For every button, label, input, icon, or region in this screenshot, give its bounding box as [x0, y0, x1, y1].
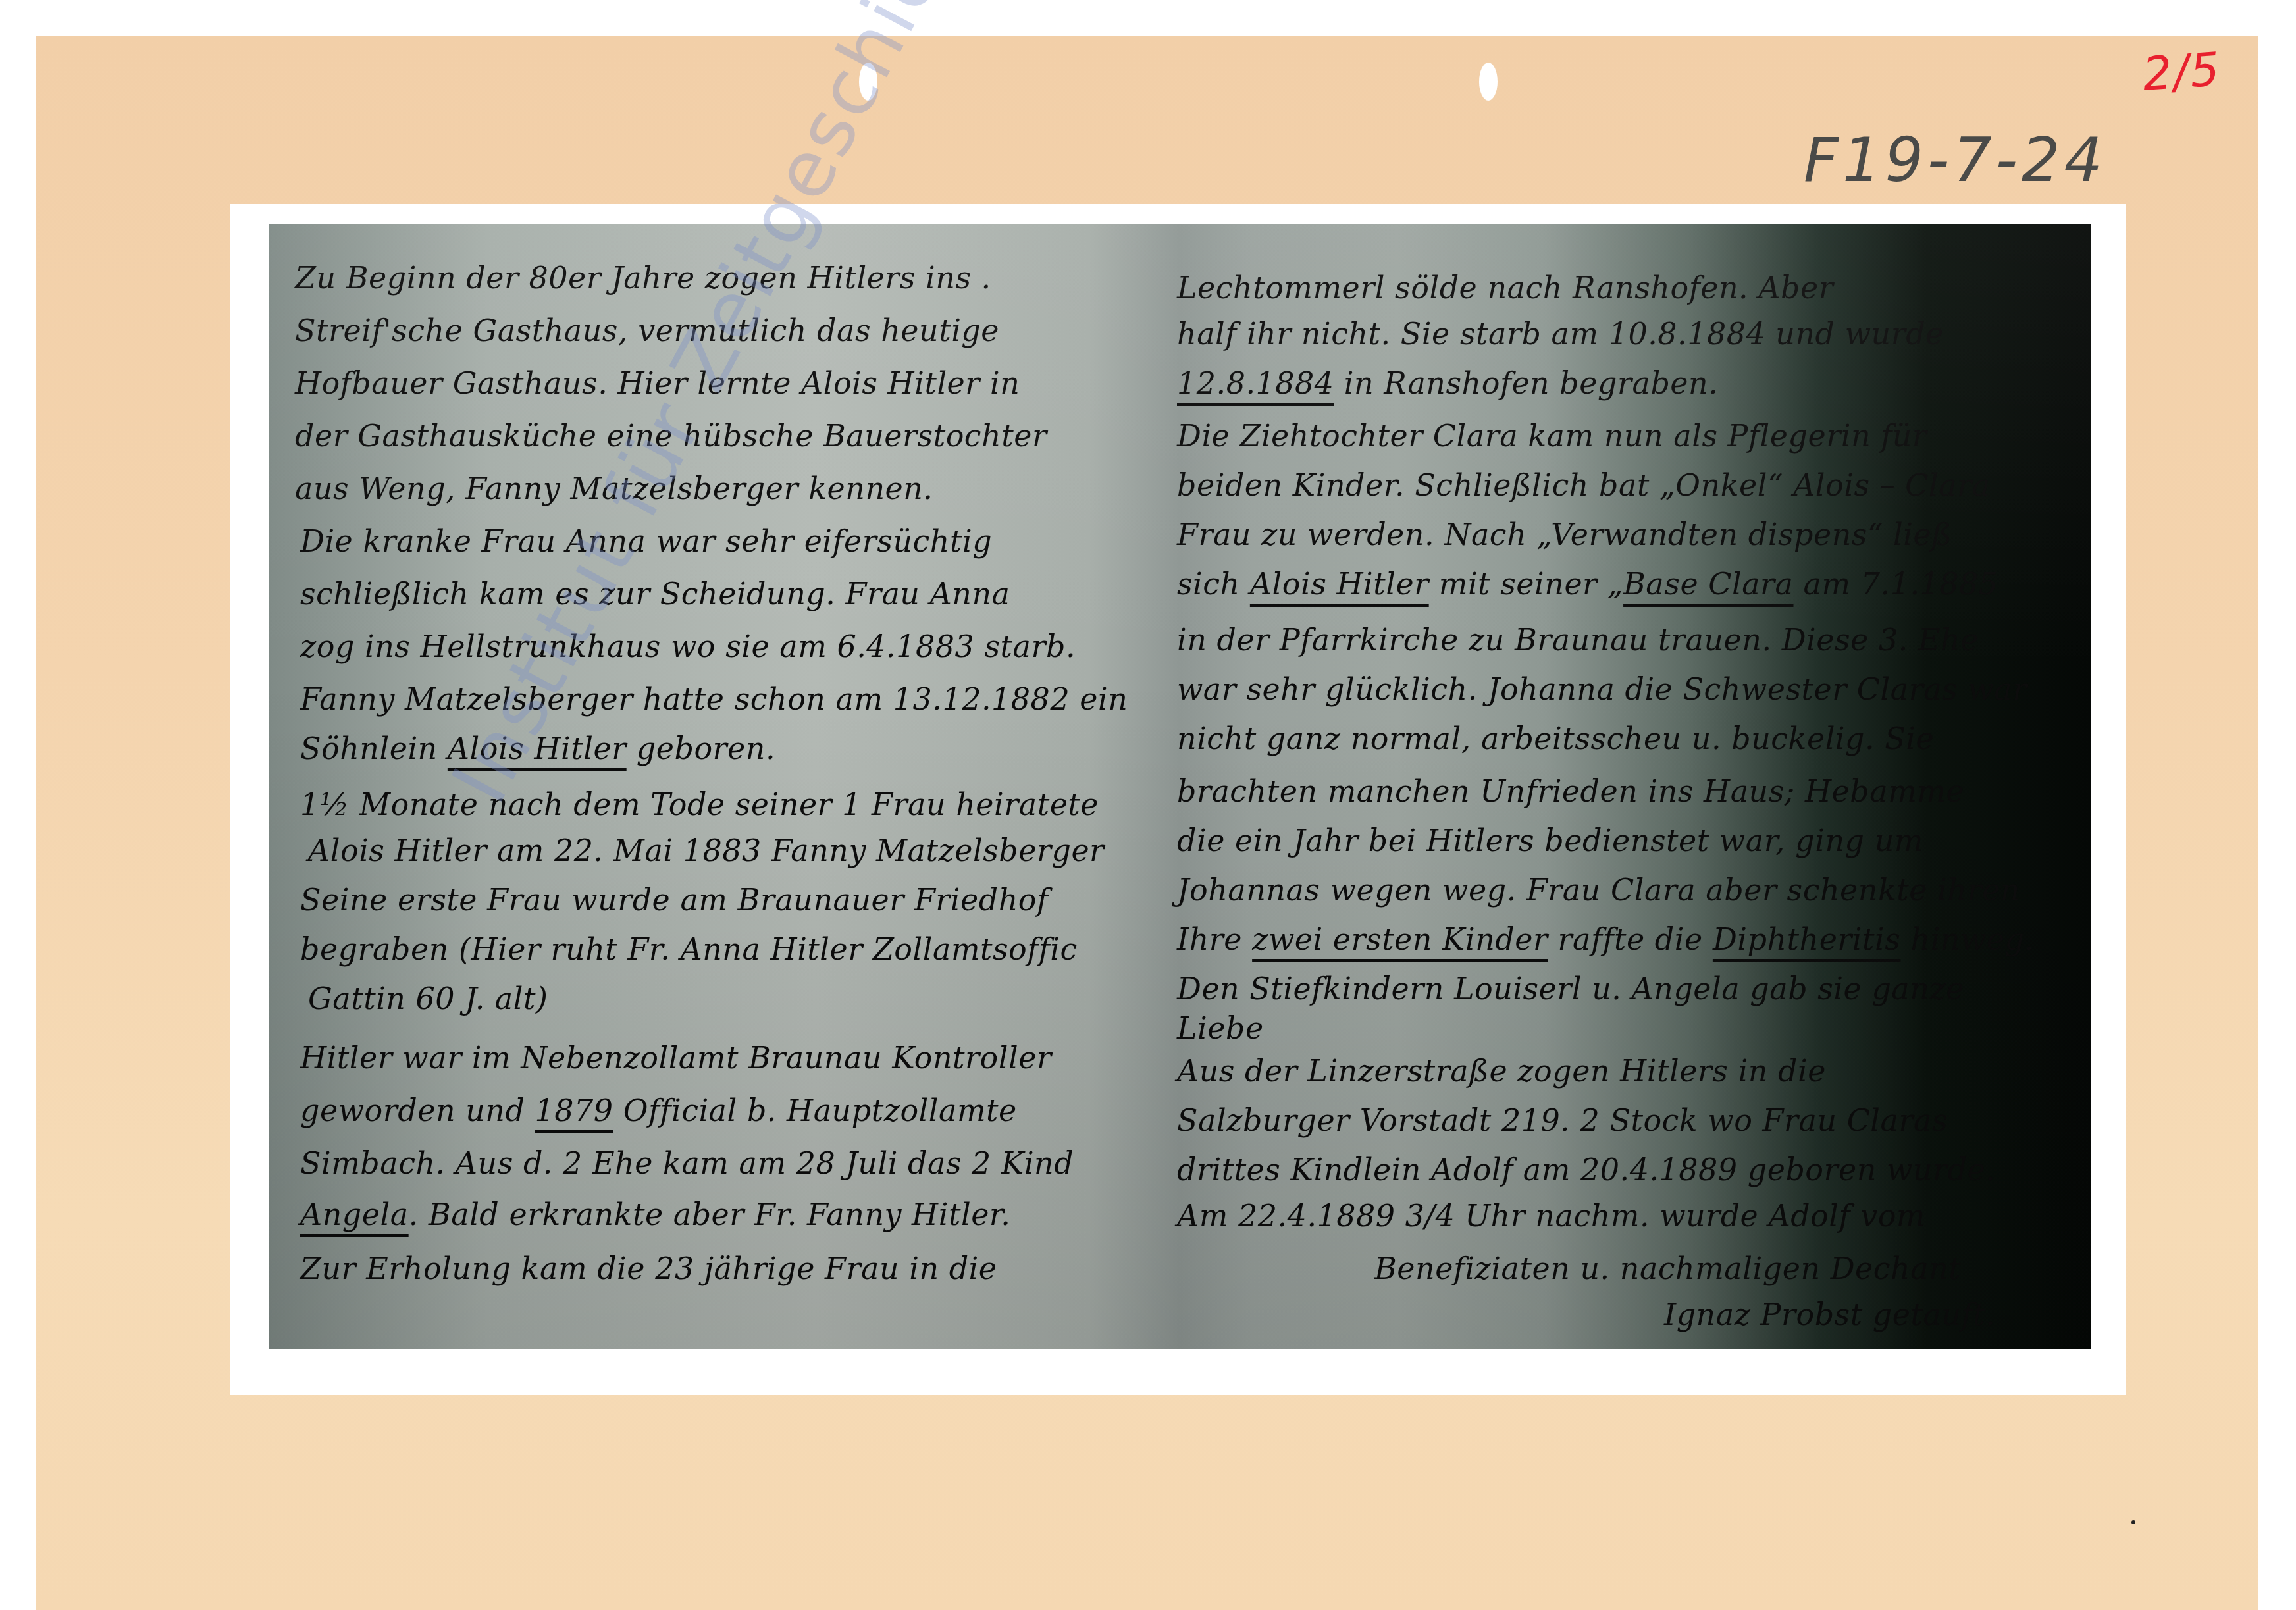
handwritten-line: Streif'sche Gasthaus, vermutlich das heu…	[295, 313, 999, 348]
handwritten-line: 1½ Monate nach dem Tode seiner 1 Frau he…	[300, 787, 1099, 822]
handwritten-line: Zur Erholung kam die 23 jährige Frau in …	[300, 1251, 997, 1286]
handwritten-line: geworden und 1879 Official b. Hauptzolla…	[300, 1093, 1017, 1128]
handwritten-line: Seine erste Frau wurde am Braunauer Frie…	[300, 882, 1049, 918]
paper-speck	[2131, 1520, 2135, 1524]
handwritten-line: schließlich kam es zur Scheidung. Frau A…	[300, 576, 1010, 611]
handwritten-line: Gattin 60 J. alt)	[308, 981, 548, 1016]
handwritten-line: Alois Hitler am 22. Mai 1883 Fanny Matze…	[308, 833, 1105, 868]
handwritten-line: drittes Kindlein Adolf am 20.4.1889 gebo…	[1177, 1152, 1995, 1187]
handwritten-line: Den Stiefkindern Louiserl u. Angela gab …	[1177, 971, 1964, 1006]
handwritten-line: beiden Kinder. Schließlich bat „Onkel“ A…	[1177, 467, 1991, 503]
handwritten-line: die ein Jahr bei Hitlers bedienstet war,…	[1177, 823, 1923, 858]
handwritten-line: brachten manchen Unfrieden ins Haus; Heb…	[1177, 773, 1964, 809]
handwritten-line: Lechtommerl sölde nach Ranshofen. Aber	[1177, 270, 1833, 305]
handwritten-line: Hitler war im Nebenzollamt Braunau Kontr…	[300, 1040, 1051, 1076]
right-page: Lechtommerl sölde nach Ranshofen. Aber h…	[1177, 224, 2091, 1349]
underlined-name: Base Clara	[1623, 566, 1793, 602]
underlined-word: Diphtheritis	[1713, 922, 1901, 957]
handwritten-line: Salzburger Vorstadt 219. 2 Stock wo Frau…	[1177, 1103, 1948, 1138]
handwritten-line: Angela. Bald erkrankte aber Fr. Fanny Hi…	[300, 1197, 1010, 1232]
handwritten-line: Liebe	[1177, 1010, 1264, 1046]
handwritten-line: Simbach. Aus d. 2 Ehe kam am 28 Juli das…	[300, 1145, 1074, 1181]
handwritten-line: Fanny Matzelsberger hatte schon am 13.12…	[300, 681, 1128, 717]
handwritten-line: Die Ziehtochter Clara kam nun als Pflege…	[1177, 418, 1927, 454]
handwritten-line: sich Alois Hitler mit seiner „Base Clara…	[1177, 566, 1998, 602]
handwritten-line: Ignaz Probst getauft.	[1664, 1297, 1995, 1332]
underlined-date: 12.8.1884	[1177, 365, 1334, 401]
handwritten-line: half ihr nicht. Sie starb am 10.8.1884 u…	[1177, 316, 1944, 351]
punch-hole	[859, 63, 877, 101]
handwritten-line: der Gasthausküche eine hübsche Bauerstoc…	[295, 418, 1047, 454]
page-number-mark: 2/5	[2141, 42, 2222, 101]
handwritten-line: Johannas wegen weg. Frau Clara aber sche…	[1177, 872, 2020, 908]
handwritten-line: Zu Beginn der 80er Jahre zogen Hitlers i…	[295, 260, 991, 296]
handwritten-line: zog ins Hellstrunkhaus wo sie am 6.4.188…	[300, 629, 1076, 664]
left-page: Zu Beginn der 80er Jahre zogen Hitlers i…	[269, 224, 1144, 1349]
handwritten-line: Benefiziaten u. nachmaligen Dechant	[1374, 1251, 1961, 1286]
handwritten-line: Am 22.4.1889 3/4 Uhr nachm. wurde Adolf …	[1177, 1198, 1925, 1233]
handwritten-line: nicht ganz normal, arbeitsscheu u. bucke…	[1177, 721, 1934, 756]
handwritten-line: Aus der Linzerstraße zogen Hitlers in di…	[1177, 1053, 1826, 1089]
handwritten-line: war sehr glücklich. Johanna die Schweste…	[1177, 671, 2027, 707]
handwritten-line: Hofbauer Gasthaus. Hier lernte Alois Hit…	[295, 365, 1020, 401]
handwritten-line: Frau zu werden. Nach „Verwandten dispens…	[1177, 517, 1952, 552]
handwritten-line: in der Pfarrkirche zu Braunau trauen. Di…	[1177, 622, 1979, 658]
underlined-name: Angela	[300, 1197, 409, 1232]
punch-hole	[1479, 63, 1498, 101]
handwritten-line: aus Weng, Fanny Matzelsberger kennen.	[295, 471, 933, 506]
file-reference: F19-7-24	[1804, 125, 2106, 195]
underlined-name: Alois Hitler	[448, 731, 627, 766]
handwritten-line: Söhnlein Alois Hitler geboren.	[300, 731, 775, 766]
underlined-name: Alois Hitler	[1250, 566, 1429, 602]
photographed-notebook: Zu Beginn der 80er Jahre zogen Hitlers i…	[269, 224, 2091, 1349]
underlined-phrase: zwei ersten Kinder	[1252, 922, 1548, 957]
handwritten-line: Ihre zwei ersten Kinder raffte die Dipht…	[1177, 922, 2035, 957]
handwritten-line: 12.8.1884 in Ranshofen begraben.	[1177, 365, 1718, 401]
underlined-year: 1879	[535, 1093, 613, 1128]
handwritten-line: Die kranke Frau Anna war sehr eifersücht…	[300, 523, 992, 559]
handwritten-line: begraben (Hier ruht Fr. Anna Hitler Zoll…	[300, 931, 1078, 967]
